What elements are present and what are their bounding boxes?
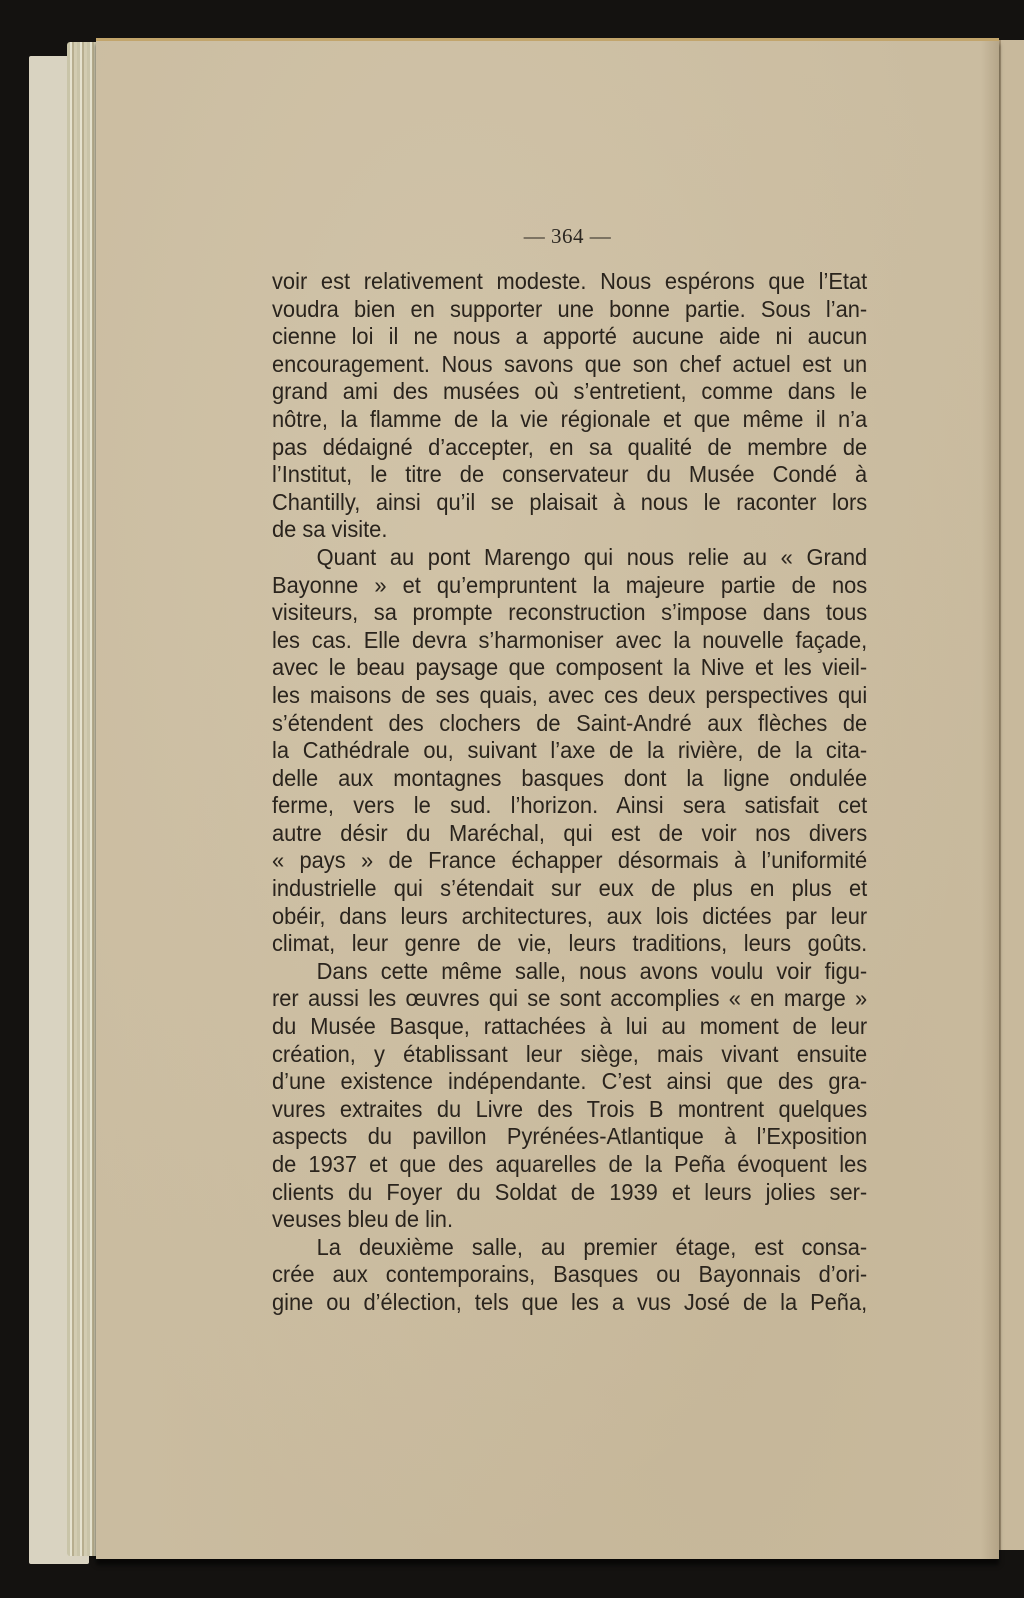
- text-line: la Cathédrale ou, suivant l’axe de la ri…: [272, 737, 867, 765]
- text-line: pas dédaigné d’accepter, en sa qualité d…: [272, 434, 867, 462]
- text-line: d’une existence indépendante. C’est ains…: [272, 1068, 867, 1096]
- text-line: voudra bien en supporter une bonne parti…: [272, 296, 867, 324]
- text-line: La deuxième salle, au premier étage, est…: [272, 1234, 867, 1262]
- text-line: clients du Foyer du Soldat de 1939 et le…: [272, 1179, 867, 1207]
- text-line: avec le beau paysage que composent la Ni…: [272, 654, 867, 682]
- text-line: voir est relativement modeste. Nous espé…: [272, 268, 867, 296]
- text-line: grand ami des musées où s’entretient, co…: [272, 378, 867, 406]
- text-line: veuses bleu de lin.: [272, 1206, 867, 1234]
- text-line: obéir, dans leurs architectures, aux loi…: [272, 903, 867, 931]
- text-line: cienne loi il ne nous a apporté aucune a…: [272, 323, 867, 351]
- facing-page-edge: [999, 40, 1024, 1550]
- text-line: crée aux contemporains, Basques ou Bayon…: [272, 1261, 867, 1289]
- text-line: encouragement. Nous savons que son chef …: [272, 351, 867, 379]
- text-line: climat, leur genre de vie, leurs traditi…: [272, 930, 867, 958]
- text-line: Dans cette même salle, nous avons voulu …: [272, 958, 867, 986]
- text-line: industrielle qui s’étendait sur eux de p…: [272, 875, 867, 903]
- text-line: de 1937 et que des aquarelles de la Peña…: [272, 1151, 867, 1179]
- text-line: « pays » de France échapper désormais à …: [272, 847, 867, 875]
- text-line: vures extraites du Livre des Trois B mon…: [272, 1096, 867, 1124]
- text-line: nôtre, la flamme de la vie régionale et …: [272, 406, 867, 434]
- text-line: autre désir du Maréchal, qui est de voir…: [272, 820, 867, 848]
- text-line: création, y établissant leur siège, mais…: [272, 1041, 867, 1069]
- body-text: voir est relativement modeste. Nous espé…: [272, 268, 867, 1317]
- text-line: les maisons de ses quais, avec ces deux …: [272, 682, 867, 710]
- text-line: gine ou d’élection, tels que les a vus J…: [272, 1289, 867, 1317]
- text-line: aspects du pavillon Pyrénées-Atlantique …: [272, 1123, 867, 1151]
- text-line: visiteurs, sa prompte reconstruction s’i…: [272, 599, 867, 627]
- text-line: l’Institut, le titre de conservateur du …: [272, 461, 867, 489]
- text-line: delle aux montagnes basques dont la lign…: [272, 765, 867, 793]
- page-number: — 364 —: [96, 224, 999, 249]
- text-line: Quant au pont Marengo qui nous relie au …: [272, 544, 867, 572]
- text-line: les cas. Elle devra s’harmoniser avec la…: [272, 627, 867, 655]
- text-line: Chantilly, ainsi qu’il se plaisait à nou…: [272, 489, 867, 517]
- text-line: du Musée Basque, rattachées à lui au mom…: [272, 1013, 867, 1041]
- book-page: — 364 — voir est relativement modeste. N…: [96, 38, 999, 1559]
- text-line: s’étendent des clochers de Saint-André a…: [272, 710, 867, 738]
- text-line: rer aussi les œuvres qui se sont accompl…: [272, 985, 867, 1013]
- text-line: ferme, vers le sud. l’horizon. Ainsi ser…: [272, 792, 867, 820]
- text-line: de sa visite.: [272, 516, 867, 544]
- text-line: Bayonne » et qu’empruntent la majeure pa…: [272, 572, 867, 600]
- gutter-shadow: [981, 41, 999, 1559]
